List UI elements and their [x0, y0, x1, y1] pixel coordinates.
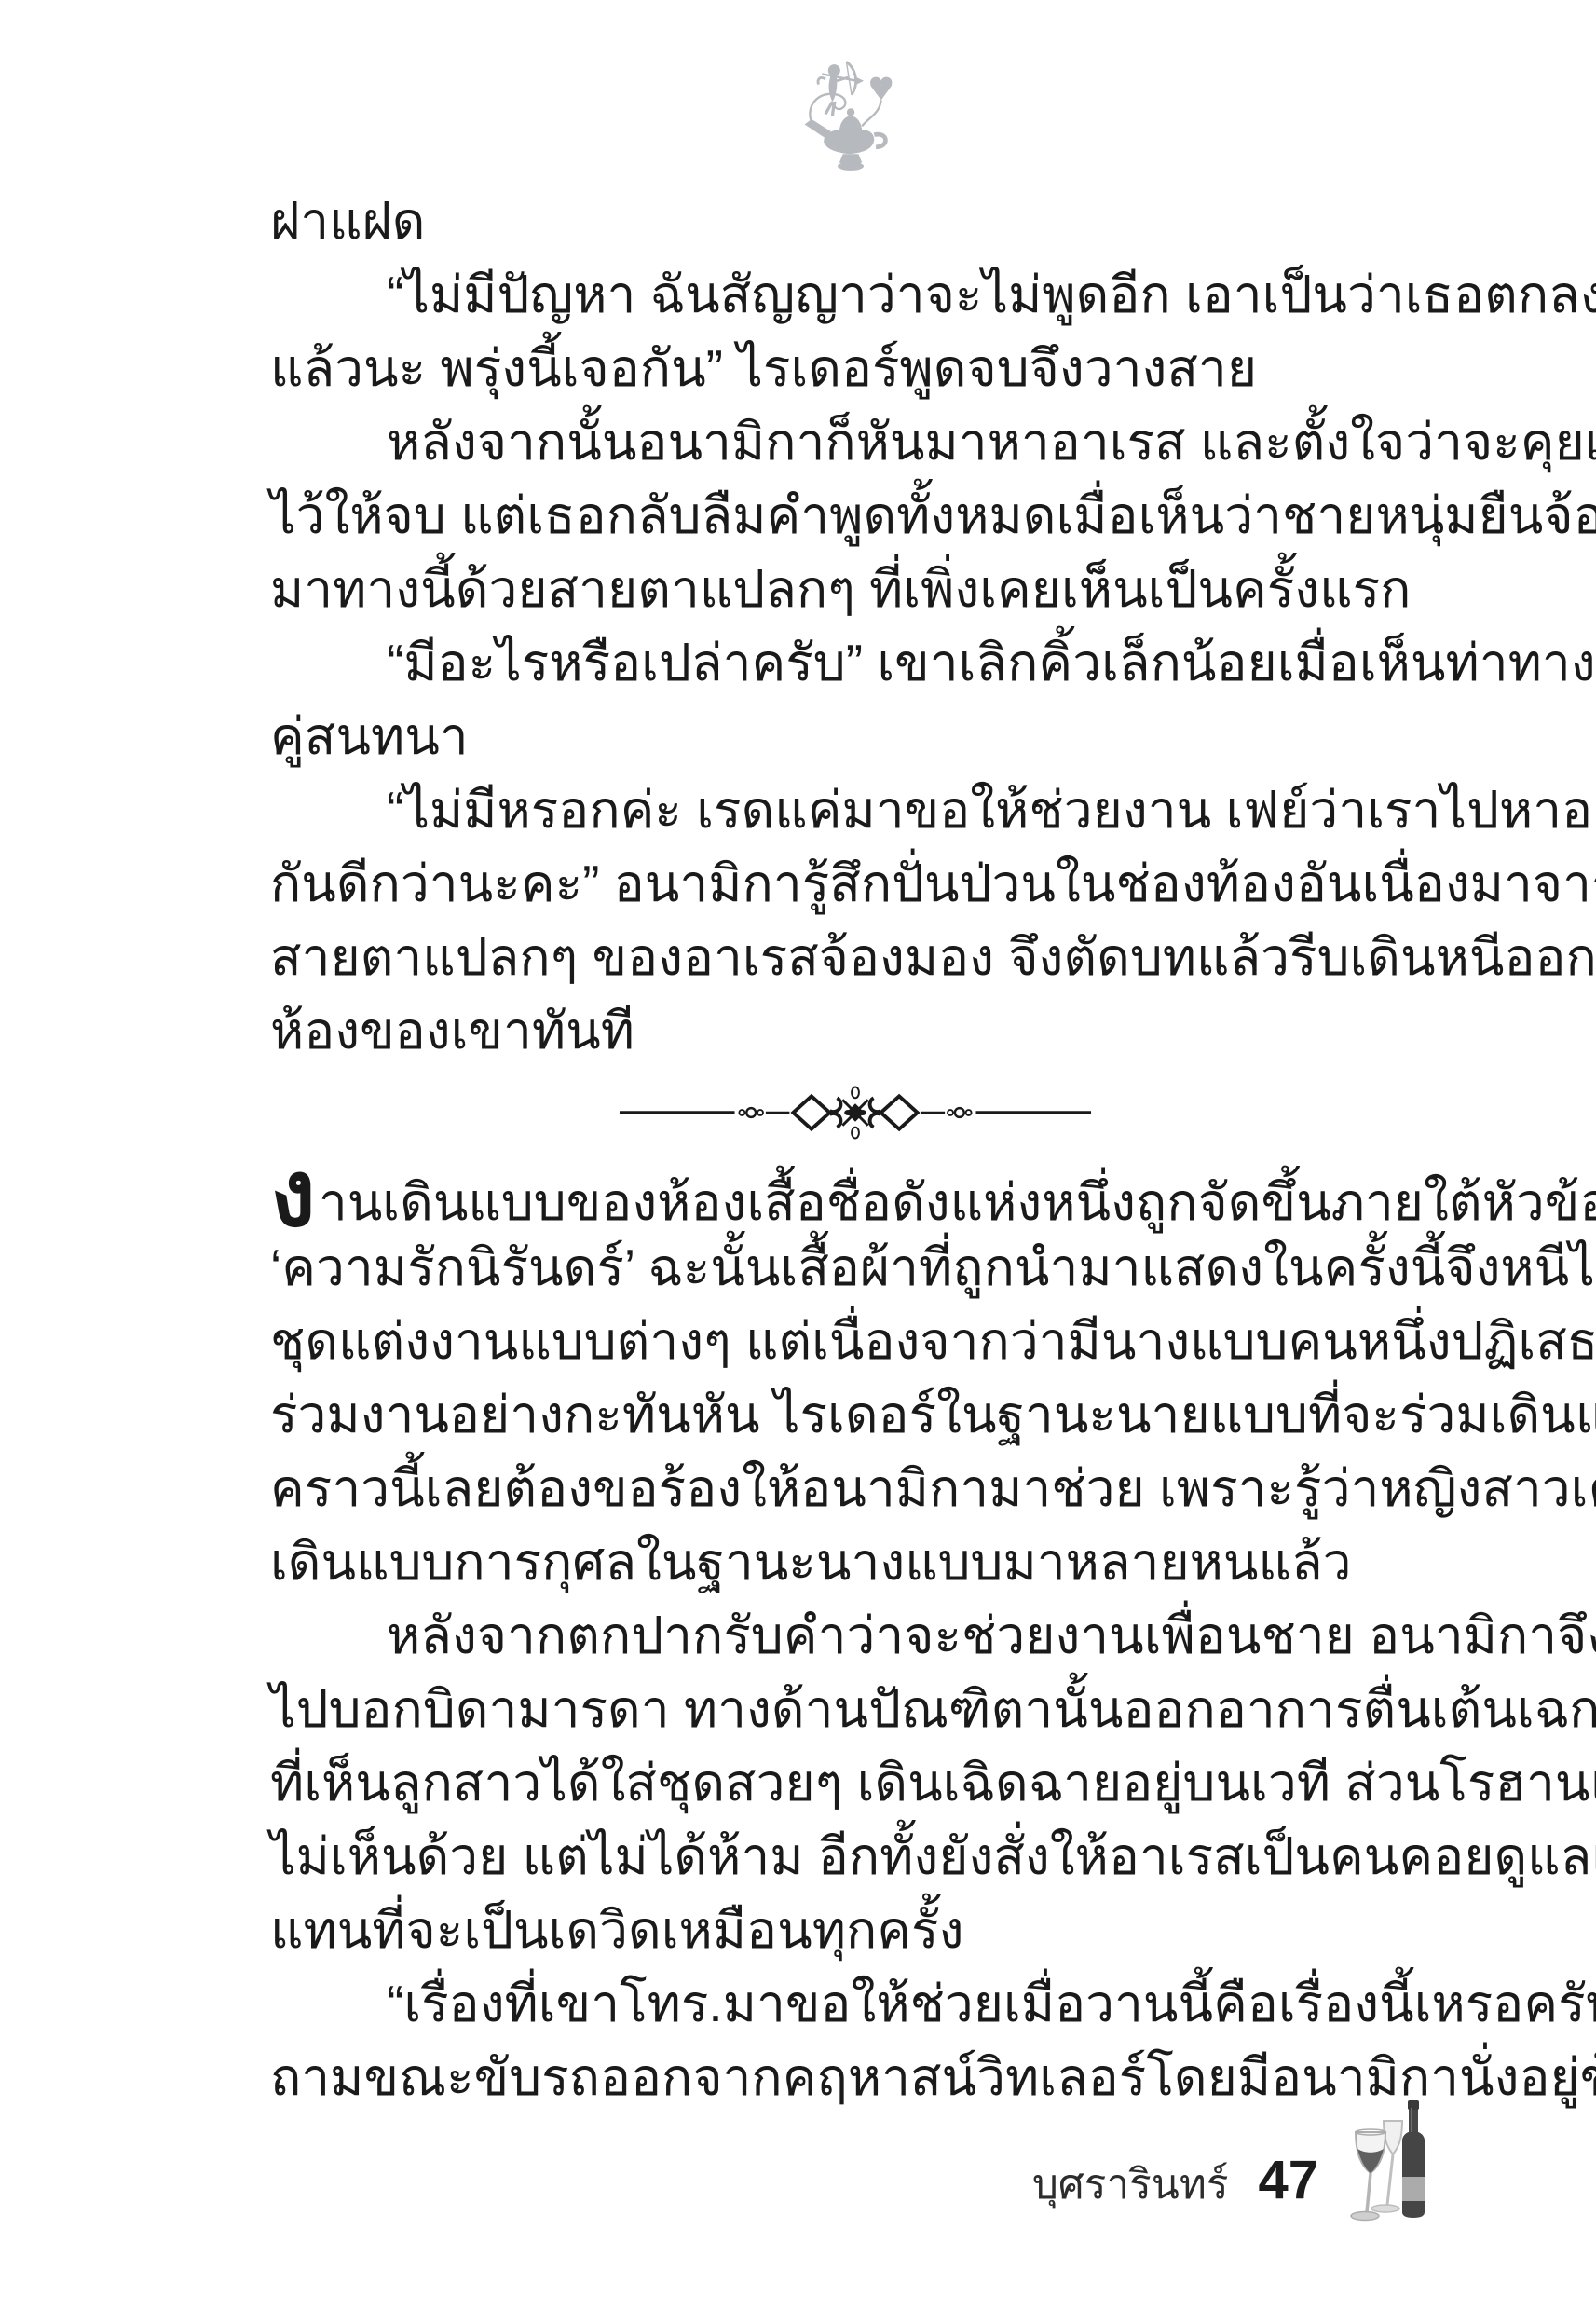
text-line: ไว้ให้จบ แต่เธอกลับลืมคำพูดทั้งหมดเมื่อเ…	[270, 479, 1439, 553]
text-line: มาทางนี้ด้วยสายตาแปลกๆ ที่เพิ่งเคยเห็นเป…	[270, 553, 1439, 626]
cupid-lamp-ornament-graphic	[799, 56, 904, 179]
text-line: “มีอะไรหรือเปล่าครับ” เขาเลิกคิ้วเล็กน้อ…	[270, 626, 1439, 700]
running-footer-author: บุศรารินทร์	[1032, 2152, 1229, 2217]
text-line: “ไม่มีหรอกค่ะ เรดแค่มาขอให้ช่วยงาน เฟย์ว…	[270, 773, 1439, 847]
text-line: สายตาแปลกๆ ของอาเรสจ้องมอง จึงตัดบทแล้วร…	[270, 921, 1439, 994]
text-line: ชุดแต่งงานแบบต่างๆ แต่เนื่องจากว่ามีนางแ…	[270, 1305, 1439, 1378]
text-line: แทนที่จะเป็นเดวิดเหมือนทุกครั้ง	[270, 1894, 1439, 1967]
text-line: ไปบอกบิดามารดา ทางด้านปัณฑิตานั้นออกอากา…	[270, 1673, 1439, 1746]
text-line: คราวนี้เลยต้องขอร้องให้อนามิกามาช่วย เพร…	[270, 1452, 1439, 1525]
text-line: หลังจากนั้นอนามิกาก็หันมาหาอาเรส และตั้ง…	[270, 405, 1439, 479]
text-line: กันดีกว่านะคะ” อนามิการู้สึกปั่นป่วนในช่…	[270, 847, 1439, 921]
text-line: คู่สนทนา	[270, 700, 1439, 773]
text-line: ห้องของเขาทันที	[270, 994, 1439, 1068]
text-line: ถามขณะขับรถออกจากคฤหาสน์วิทเลอร์โดยมีอนา…	[270, 2041, 1439, 2114]
section-divider	[270, 1068, 1439, 1157]
text-line: งานเดินแบบของห้องเสื้อชื่อดังแห่งหนึ่งถู…	[270, 1157, 1439, 1231]
text-line: ที่เห็นลูกสาวได้ใส่ชุดสวยๆ เดินเฉิดฉายอย…	[270, 1746, 1439, 1820]
wine-glasses-graphic	[1350, 2100, 1432, 2223]
text-line: “เรื่องที่เขาโทร.มาขอให้ช่วยเมื่อวานนี้ค…	[270, 1967, 1439, 2041]
text-line: “ไม่มีปัญหา ฉันสัญญาว่าจะไม่พูดอีก เอาเป…	[270, 258, 1439, 332]
body-text: ฝาแฝด“ไม่มีปัญหา ฉันสัญญาว่าจะไม่พูดอีก …	[270, 185, 1439, 2114]
cupid-lamp-ornament	[799, 56, 904, 179]
page-number: 47	[1258, 2149, 1318, 2211]
text-line: เดินแบบการกุศลในฐานะนางแบบมาหลายหนแล้ว	[270, 1525, 1439, 1599]
paragraph: ฝาแฝด	[270, 185, 1439, 258]
page-footer: บุศรารินทร์ 47	[932, 2149, 1318, 2217]
paragraph: “เรื่องที่เขาโทร.มาขอให้ช่วยเมื่อวานนี้ค…	[270, 1967, 1439, 2114]
text-line: แล้วนะ พรุ่งนี้เจอกัน” ไรเดอร์พูดจบจึงวา…	[270, 332, 1439, 405]
paragraph: หลังจากตกปากรับคำว่าจะช่วยงานเพื่อนชาย อ…	[270, 1599, 1439, 1967]
scroll-divider-graphic	[618, 1083, 1093, 1142]
paragraph: หลังจากนั้นอนามิกาก็หันมาหาอาเรส และตั้ง…	[270, 405, 1439, 626]
text-line: หลังจากตกปากรับคำว่าจะช่วยงานเพื่อนชาย อ…	[270, 1599, 1439, 1673]
text-line: ไม่เห็นด้วย แต่ไม่ได้ห้าม อีกทั้งยังสั่ง…	[270, 1820, 1439, 1894]
paragraph: “มีอะไรหรือเปล่าครับ” เขาเลิกคิ้วเล็กน้อ…	[270, 626, 1439, 773]
paragraph: งานเดินแบบของห้องเสื้อชื่อดังแห่งหนึ่งถู…	[270, 1157, 1439, 1599]
text-line: ฝาแฝด	[270, 185, 1439, 258]
book-page: ฝาแฝด“ไม่มีปัญหา ฉันสัญญาว่าจะไม่พูดอีก …	[0, 0, 1596, 2311]
paragraph: “ไม่มีปัญหา ฉันสัญญาว่าจะไม่พูดอีก เอาเป…	[270, 258, 1439, 405]
text-line: ร่วมงานอย่างกะทันหัน ไรเดอร์ในฐานะนายแบบ…	[270, 1378, 1439, 1452]
wine-glasses-icon	[1350, 2100, 1432, 2223]
paragraph: “ไม่มีหรอกค่ะ เรดแค่มาขอให้ช่วยงาน เฟย์ว…	[270, 773, 1439, 1068]
text-line: ‘ความรักนิรันดร์’ ฉะนั้นเสื้อผ้าที่ถูกนำ…	[270, 1231, 1439, 1305]
